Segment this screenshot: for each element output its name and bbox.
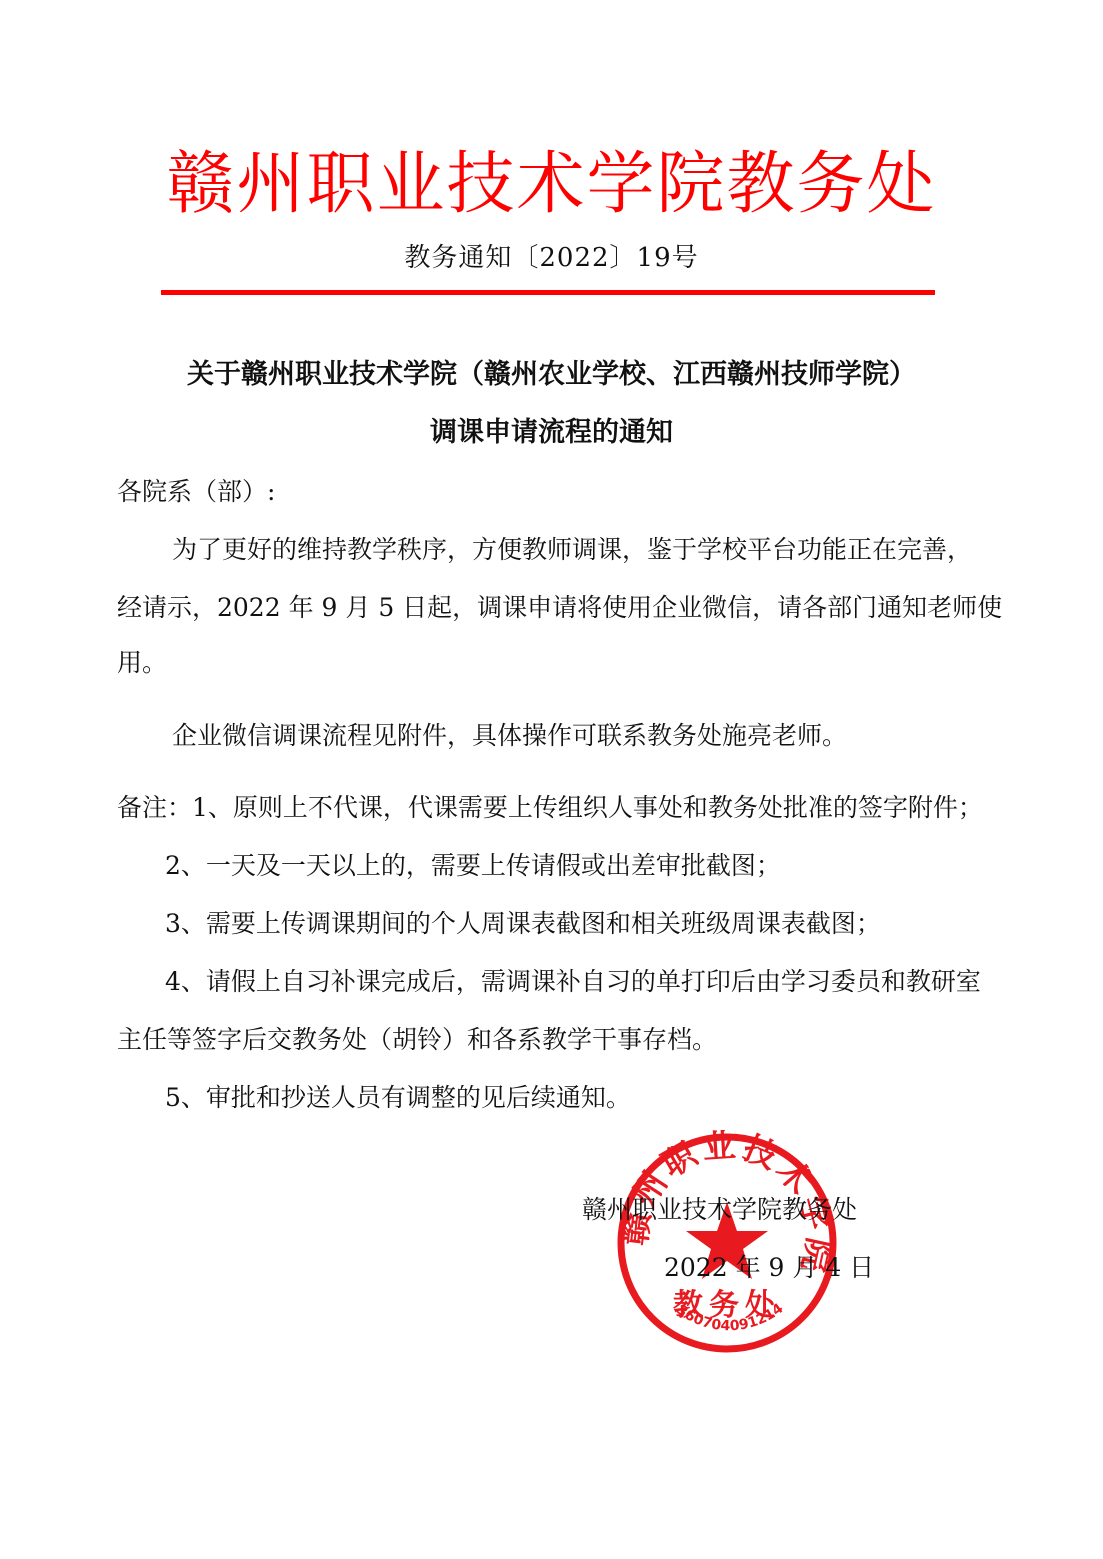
remark-item-4-line-1: 4、请假上自习补课完成后，需调课补自习的单打印后由学习委员和教研室 <box>165 962 981 1002</box>
paragraph-1-line-3: 用。 <box>117 643 167 683</box>
paragraph-1-line-1: 为了更好的维持教学秩序，方便教师调课，鉴于学校平台功能正在完善， <box>172 530 972 570</box>
paragraph-2: 企业微信调课流程见附件，具体操作可联系教务处施亮老师。 <box>172 716 847 756</box>
notice-title-line2: 调课申请流程的通知 <box>0 413 1103 453</box>
official-seal-icon: 赣州职业技术学院 教务处 3607040912146 <box>614 1130 840 1356</box>
remark-item-3: 3、需要上传调课期间的个人周课表截图和相关班级周课表截图； <box>165 904 881 944</box>
remark-item-5: 5、审批和抄送人员有调整的见后续通知。 <box>165 1078 631 1118</box>
red-divider <box>161 290 935 295</box>
org-title: 赣州职业技术学院教务处 <box>0 140 1103 230</box>
salutation: 各院系（部）: <box>117 472 275 512</box>
doc-number: 教务通知〔2022〕19号 <box>0 238 1103 278</box>
paragraph-1-line-2: 经请示，2022 年 9 月 5 日起，调课申请将使用企业微信，请各部门通知老师… <box>117 588 1002 628</box>
notice-title-line1: 关于赣州职业技术学院（赣州农业学校、江西赣州技师学院） <box>0 355 1103 395</box>
remark-item-2: 2、一天及一天以上的，需要上传请假或出差审批截图； <box>165 846 781 886</box>
remark-item-4-line-2: 主任等签字后交教务处（胡铃）和各系教学干事存档。 <box>117 1020 717 1060</box>
issue-date: 2022 年 9 月 4 日 <box>664 1248 874 1288</box>
issuer-signature: 赣州职业技术学院教务处 <box>582 1190 857 1230</box>
remark-item-1: 备注：1、原则上不代课，代课需要上传组织人事处和教务处批准的签字附件； <box>117 788 983 828</box>
